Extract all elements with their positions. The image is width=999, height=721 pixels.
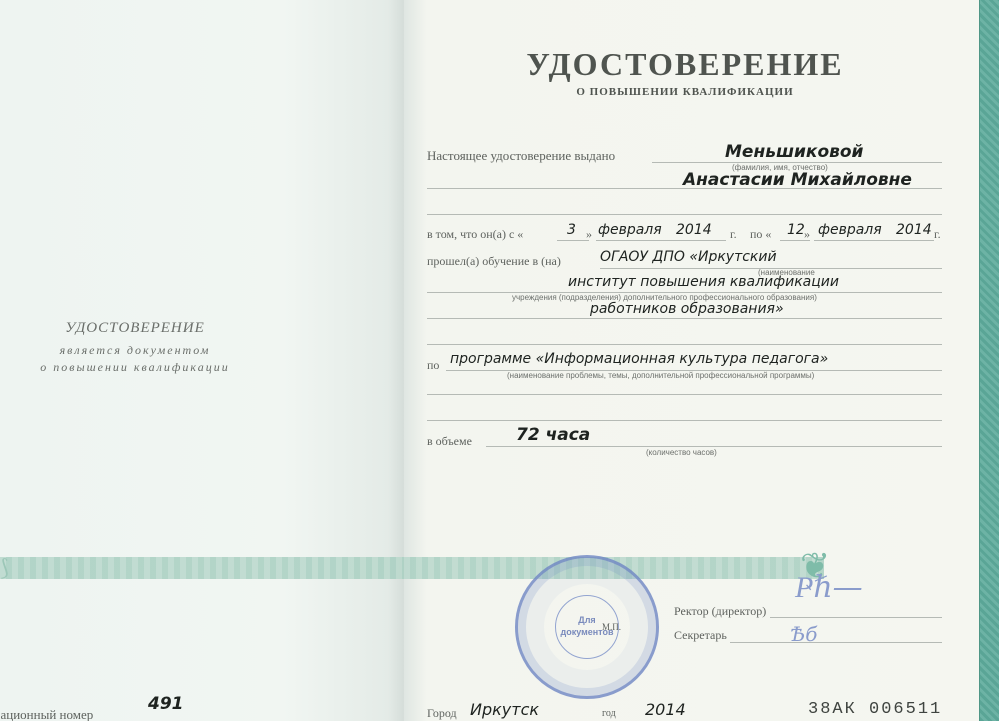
- start-month: февраля: [598, 222, 662, 238]
- start-year: 2014: [676, 222, 712, 238]
- end-day: 12: [787, 222, 805, 238]
- volume-label: в объеме: [427, 434, 472, 449]
- institution-line3: работников образования»: [590, 301, 784, 317]
- left-page-title: УДОСТОВЕРЕНИЕ: [0, 320, 270, 337]
- period-to-label: по «: [750, 227, 771, 242]
- stamp-place-label: М.П.: [602, 622, 621, 632]
- program: программе «Информационная культура педаг…: [450, 351, 828, 367]
- period-label: в том, что он(а) с «: [427, 227, 523, 242]
- decorative-band: [0, 557, 404, 579]
- surname: Меньшиковой: [725, 142, 863, 162]
- end-month: февраля: [818, 222, 882, 238]
- institution-line1: ОГАОУ ДПО «Иркутский: [600, 249, 777, 265]
- start-day: 3: [567, 222, 576, 238]
- reg-number-label: рационный номер: [0, 707, 93, 721]
- institution-line2: институт повышения квалификации: [568, 274, 839, 290]
- reg-number: 491: [148, 694, 184, 714]
- ornament-icon: ⟆: [0, 555, 9, 581]
- secretary-signature: Ѣб: [790, 622, 817, 646]
- decorative-border: [979, 0, 999, 721]
- issued-to-label: Настоящее удостоверение выдано: [427, 148, 615, 164]
- document-subtitle: О ПОВЫШЕНИИ КВАЛИФИКАЦИИ: [440, 86, 930, 98]
- rector-label: Ректор (директор): [674, 604, 766, 619]
- rector-signature: Ҏℏ—: [795, 570, 863, 605]
- program-hint: (наименование проблемы, темы, дополнител…: [507, 371, 814, 380]
- volume-hint: (количество часов): [646, 448, 717, 457]
- volume: 72 часа: [516, 425, 590, 445]
- year-label: год: [602, 708, 616, 719]
- end-year: 2014: [896, 222, 932, 238]
- document-title: УДОСТОВЕРЕНИЕ: [440, 46, 930, 83]
- secretary-label: Секретарь: [674, 628, 727, 643]
- studied-label: прошел(а) обучение в (на): [427, 254, 561, 269]
- left-page-line2: о повышении квалификации: [0, 360, 270, 375]
- official-stamp: Для документов: [515, 555, 659, 699]
- serial-number: 38АК 006511: [808, 700, 942, 719]
- city: Иркутск: [470, 700, 539, 719]
- program-label: по: [427, 358, 439, 373]
- city-label: Город: [427, 706, 457, 721]
- left-page-line1: является документом: [0, 343, 270, 358]
- year: 2014: [645, 700, 686, 719]
- name-patronymic: Анастасии Михайловне: [683, 170, 912, 190]
